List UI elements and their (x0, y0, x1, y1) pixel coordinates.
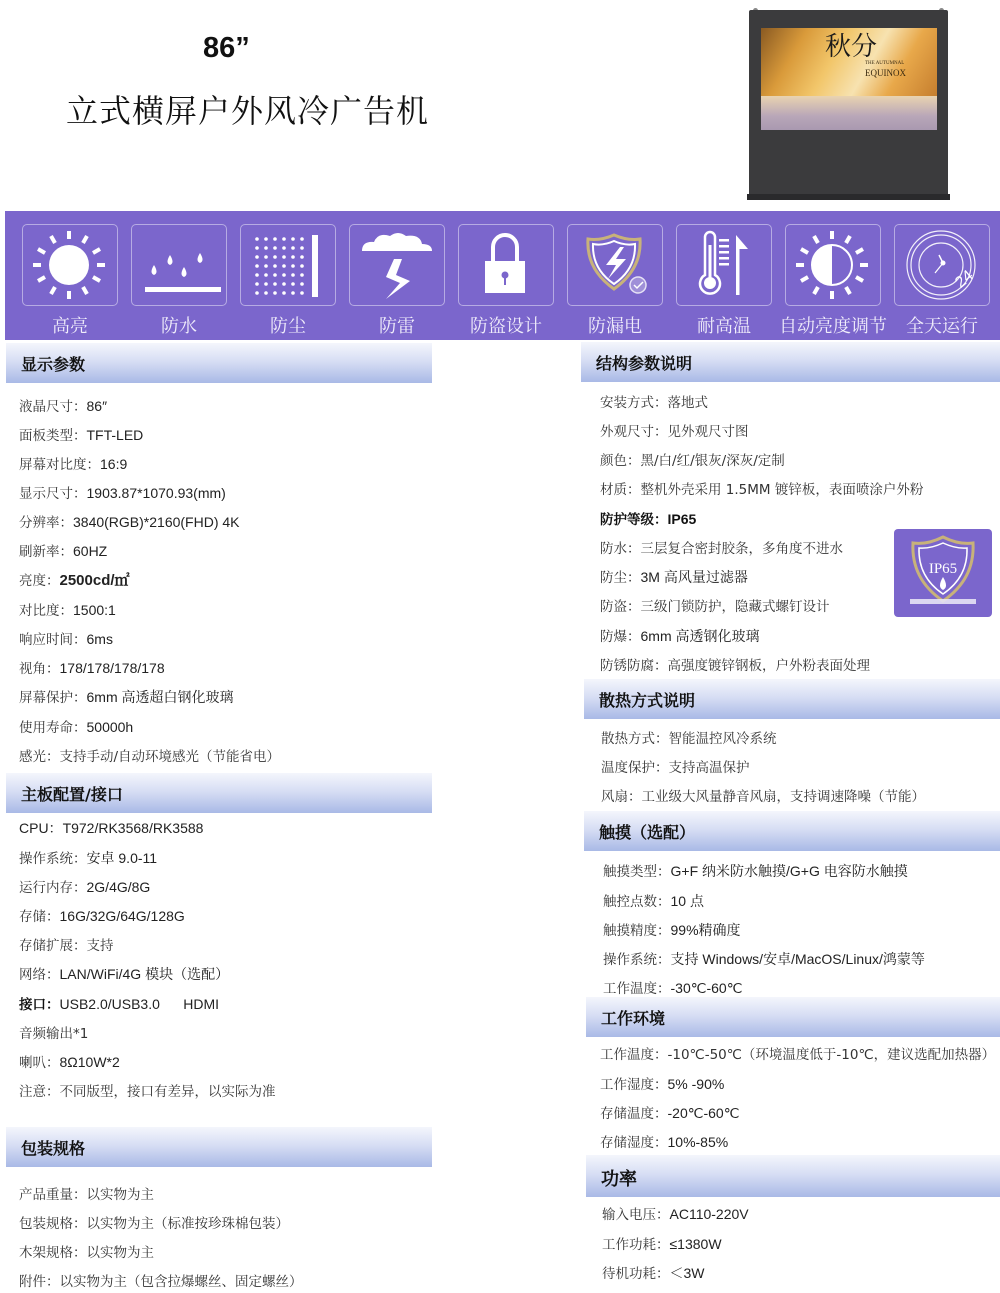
page-title: 立式横屏户外风冷广告机 (66, 86, 429, 132)
section-title: 结构参数说明 (596, 351, 692, 374)
section-header-cooling: 散热方式说明 (584, 679, 1000, 719)
spec-row: 使用寿命：50000h (19, 716, 133, 736)
feature-lightning-protection: 防雷 (349, 224, 445, 306)
feature-band: 高亮 防水 (5, 211, 1000, 340)
ip65-shield-icon: IP65 (894, 529, 992, 617)
screen-road (761, 96, 937, 130)
feature-high-brightness: 高亮 (22, 224, 118, 306)
section-title: 工作环境 (601, 1006, 665, 1029)
dust-filter-icon (241, 225, 334, 304)
spec-row: 外观尺寸：见外观尺寸图 (600, 420, 749, 440)
spec-row: 液晶尺寸：86″ (19, 395, 107, 415)
spec-row: 操作系统：安卓 9.0-11 (19, 847, 157, 868)
spec-row-interfaces: 接口：USB2.0/USB3.0 HDMI (19, 993, 219, 1013)
spec-row-brightness: 亮度：2500cd/㎡ (19, 569, 130, 590)
spec-row: 音频输出*1 (19, 1022, 88, 1042)
spec-row: 喇叭：8Ω10W*2 (19, 1051, 120, 1071)
spec-row: 安装方式：落地式 (600, 391, 708, 411)
spec-row: 温度保护：支持高温保护 (601, 756, 750, 776)
feature-label: 全天运行 (874, 312, 1000, 338)
feature-high-temp-resistance: 耐高温 (676, 224, 772, 306)
cabinet-base (747, 194, 950, 200)
spec-row: 对比度：1500:1 (19, 599, 116, 619)
shield-bolt-icon (568, 225, 661, 304)
spec-row: 防水：三层复合密封胶条，多角度不进水 (600, 537, 843, 557)
spec-row: 触控点数：10 点 (603, 890, 704, 911)
section-title: 主板配置/接口 (21, 782, 123, 805)
spec-row: 木架规格：以实物为主 (19, 1241, 154, 1261)
spec-row: 工作温度：-30℃-60℃ (603, 977, 742, 997)
spec-row-protection-level: 防护等级：IP65 (600, 508, 696, 528)
ip65-badge: IP65 (894, 529, 992, 617)
spec-row: 输入电压：AC110-220V (602, 1203, 749, 1223)
section-header-environment: 工作环境 (586, 997, 1000, 1037)
padlock-icon (459, 225, 552, 304)
section-header-mainboard: 主板配置/接口 (6, 773, 432, 813)
spec-row: 触摸类型：G+F 纳米防水触摸/G+G 电容防水触摸 (603, 860, 908, 881)
clock-24h-icon: 24 (895, 225, 988, 304)
sun-icon (23, 225, 116, 304)
feature-anti-leakage: 防漏电 (567, 224, 663, 306)
product-size: 86” (203, 32, 250, 65)
spec-row: 附件：以实物为主（包含拉爆螺丝、固定螺丝） (19, 1270, 303, 1290)
section-title: 包装规格 (21, 1136, 85, 1159)
spec-row: 响应时间：6ms (19, 628, 113, 648)
spec-row: 刷新率：60HZ (19, 540, 107, 560)
spec-row: 颜色：黑/白/红/银灰/深灰/定制 (600, 449, 785, 469)
spec-row: 屏幕保护：6mm 高透超白钢化玻璃 (19, 686, 234, 707)
screen-calligraphy: 秋分 (825, 34, 877, 60)
spec-row: 操作系统：支持 Windows/安卓/MacOS/Linux/鸿蒙等 (603, 948, 925, 969)
screen-subtitle: EQUINOX (865, 68, 906, 78)
spec-row: 显示尺寸：1903.87*1070.93(mm) (19, 482, 226, 502)
spec-row: 工作温度：-10℃-50℃（环境温度低于-10℃，建议选配加热器） (600, 1043, 995, 1063)
spec-row: 运行内存：2G/4G/8G (19, 876, 150, 896)
section-title: 功率 (601, 1165, 637, 1191)
display-screen: 秋分 THE AUTUMNAL EQUINOX (761, 28, 937, 130)
feature-anti-theft: 防盗设计 (458, 224, 554, 306)
section-title: 显示参数 (21, 352, 85, 375)
feature-24h-operation: 24 全天运行 (894, 224, 990, 306)
water-drops-icon (132, 225, 225, 304)
spec-row: 防锈防腐：高强度镀锌钢板，户外粉表面处理 (600, 654, 870, 674)
section-title: 散热方式说明 (599, 688, 695, 711)
spec-row: 网络：LAN/WiFi/4G 模块（选配） (19, 963, 229, 984)
screen-subtitle-small: THE AUTUMNAL (865, 61, 904, 66)
section-header-packaging: 包装规格 (6, 1127, 432, 1167)
product-image: 秋分 THE AUTUMNAL EQUINOX (749, 8, 948, 200)
feature-auto-brightness: 自动亮度调节 (785, 224, 881, 306)
thermometer-icon (677, 225, 770, 304)
section-header-structure: 结构参数说明 (581, 342, 1000, 382)
feature-waterproof: 防水 (131, 224, 227, 306)
spec-row: 散热方式：智能温控风冷系统 (601, 727, 777, 747)
spec-row: 面板类型：TFT-LED (19, 424, 143, 444)
section-title: 触摸（选配） (599, 820, 695, 843)
spec-row: 分辨率：3840(RGB)*2160(FHD) 4K (19, 511, 240, 531)
spec-row: 风扇：工业级大风量静音风扇，支持调速降噪（节能） (601, 785, 925, 805)
half-sun-icon (786, 225, 879, 304)
spec-row: 视角：178/178/178/178 (19, 657, 165, 677)
section-header-power: 功率 (586, 1155, 1000, 1197)
svg-text:24: 24 (952, 267, 977, 292)
spec-row: 工作湿度：5% -90% (600, 1073, 724, 1093)
lightning-cloud-icon (350, 225, 443, 304)
spec-row: 存储扩展：支持 (19, 934, 114, 954)
svg-text:IP65: IP65 (929, 561, 957, 577)
section-header-touch: 触摸（选配） (584, 811, 1000, 851)
spec-row: 材质：整机外壳采用 1.5MM 镀锌板，表面喷涂户外粉 (600, 478, 923, 498)
spec-row: 触摸精度：99%精确度 (603, 919, 741, 940)
feature-dustproof: 防尘 (240, 224, 336, 306)
spec-row: 存储温度：-20℃-60℃ (600, 1102, 739, 1122)
spec-row: 屏幕对比度：16:9 (19, 453, 127, 473)
section-header-display: 显示参数 (6, 343, 432, 383)
spec-row: CPU：T972/RK3568/RK3588 (19, 818, 203, 838)
spec-row: 存储湿度：10%-85% (600, 1131, 728, 1151)
spec-row-note: 注意：不同版型，接口有差异，以实际为准 (19, 1080, 276, 1100)
spec-row: 产品重量：以实物为主 (19, 1183, 154, 1203)
spec-row: 防盗：三级门锁防护，隐藏式螺钉设计 (600, 595, 830, 615)
spec-row: 感光：支持手动/自动环境感光（节能省电） (19, 745, 280, 765)
spec-row: 包装规格：以实物为主（标准按珍珠棉包装） (19, 1212, 289, 1232)
spec-row: 存储：16G/32G/64G/128G (19, 905, 185, 925)
spec-row: 防爆：6mm 高透钢化玻璃 (600, 625, 760, 646)
spec-row: 待机功耗：＜3W (602, 1262, 705, 1283)
spec-row: 防尘：3M 高风量过滤器 (600, 566, 748, 587)
spec-row: 工作功耗：≤1380W (602, 1233, 722, 1253)
